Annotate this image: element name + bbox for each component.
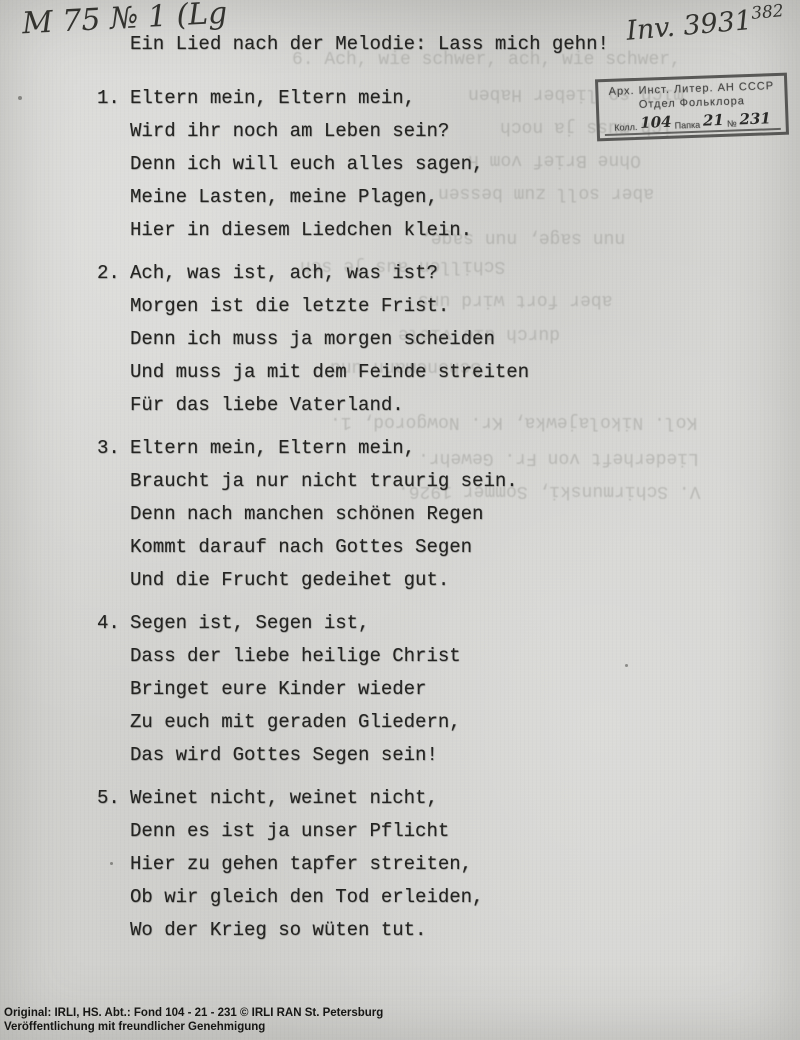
stamp-reference-row: Колл. 104 Папка 21 № 231	[604, 109, 781, 136]
archive-stamp: Арх. Инст. Литер. АН СССР Отдел Фольклор…	[595, 73, 789, 142]
verse-line: Ach, was ist, ach, was ist?	[130, 257, 529, 290]
verse-line: Eltern mein, Eltern mein,	[130, 432, 529, 465]
footer-permission-line: Veröffentlichung mit freundlicher Genehm…	[4, 1020, 383, 1034]
verse-line: Denn ich will euch alles sagen,	[130, 148, 529, 181]
stanza-number: 5.	[97, 782, 120, 815]
stamp-number-value: 231	[739, 109, 771, 128]
stanza-1: 1. Eltern mein, Eltern mein, Wird ihr no…	[130, 82, 529, 247]
verse-line: Zu euch mit geraden Gliedern,	[130, 706, 529, 739]
stanza-number: 1.	[97, 82, 120, 115]
stamp-folder-value: 21	[703, 111, 724, 130]
verse-line: Und die Frucht gedeihet gut.	[130, 564, 529, 597]
verse-line: Dass der liebe heilige Christ	[130, 640, 529, 673]
stanza-3: 3. Eltern mein, Eltern mein, Braucht ja …	[130, 432, 529, 597]
stamp-folder-label: Папка	[674, 120, 700, 131]
stamp-fond-value: 104	[640, 113, 672, 132]
verse-line: Bringet eure Kinder wieder	[130, 673, 529, 706]
footer-source-line: Original: IRLI, HS. Abt.: Fond 104 - 21 …	[4, 1006, 383, 1020]
verse-line: Und muss ja mit dem Feinde streiten	[130, 356, 529, 389]
stanza-2: 2. Ach, was ist, ach, was ist? Morgen is…	[130, 257, 529, 422]
stamp-number-label: №	[727, 118, 737, 128]
stamp-fond-label: Колл.	[614, 122, 637, 133]
verse-line: Weinet nicht, weinet nicht,	[130, 782, 529, 815]
verse-line: Hier zu gehen tapfer streiten,	[130, 848, 529, 881]
verse-line: Denn ich muss ja morgen scheiden	[130, 323, 529, 356]
scanned-manuscript-page: 6. Ach, wie schwer, ach, wie schwer,mich…	[0, 0, 800, 1040]
paper-speck	[625, 664, 628, 667]
verse-line: Für das liebe Vaterland.	[130, 389, 529, 422]
verse-line: Denn nach manchen schönen Regen	[130, 498, 529, 531]
verse-line: Segen ist, Segen ist,	[130, 607, 529, 640]
verse-line: Braucht ja nur nicht traurig sein.	[130, 465, 529, 498]
stanza-number: 3.	[97, 432, 120, 465]
verse-line: Hier in diesem Liedchen klein.	[130, 214, 529, 247]
verse-line: Wird ihr noch am Leben sein?	[130, 115, 529, 148]
stanza-number: 2.	[97, 257, 120, 290]
verse-line: Morgen ist die letzte Frist.	[130, 290, 529, 323]
attribution-footer: Original: IRLI, HS. Abt.: Fond 104 - 21 …	[4, 1006, 383, 1034]
verse-line: Eltern mein, Eltern mein,	[130, 82, 529, 115]
verse-line: Denn es ist ja unser Pflicht	[130, 815, 529, 848]
verse-line: Das wird Gottes Segen sein!	[130, 739, 529, 772]
stanza-5: 5. Weinet nicht, weinet nicht, Denn es i…	[130, 782, 529, 947]
stanza-4: 4. Segen ist, Segen ist, Dass der liebe …	[130, 607, 529, 772]
verse-line: Meine Lasten, meine Plagen,	[130, 181, 529, 214]
verse-line: Kommt darauf nach Gottes Segen	[130, 531, 529, 564]
song-title: Ein Lied nach der Melodie: Lass mich geh…	[130, 33, 609, 55]
inventory-number-superscript: 382	[750, 1, 784, 24]
song-stanzas: 1. Eltern mein, Eltern mein, Wird ihr no…	[0, 82, 529, 957]
stanza-number: 4.	[97, 607, 120, 640]
verse-line: Wo der Krieg so wüten tut.	[130, 914, 529, 947]
verse-line: Ob wir gleich den Tod erleiden,	[130, 881, 529, 914]
